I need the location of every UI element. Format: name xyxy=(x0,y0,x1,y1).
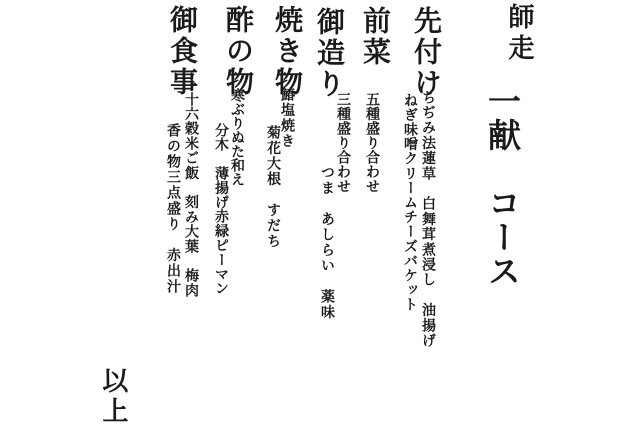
menu-month-title: 師走 xyxy=(506,3,532,65)
section-heading-zensai: 前菜 xyxy=(361,6,389,68)
section-item-otsukuri-1: 三種盛り合わせ xyxy=(336,92,350,194)
section-heading-sakizuke: 先付け xyxy=(412,6,440,99)
menu-course-title: 一献 コース xyxy=(486,84,519,288)
section-heading-sunomono: 酢の物 xyxy=(224,5,252,98)
section-item-zensai-1: 五種盛り合わせ xyxy=(365,92,379,194)
section-item-oshokuji-1: 十六穀米ご飯 刻み大葉 梅肉 xyxy=(184,92,198,298)
section-item-sakizuke-2: ねぎ味噌クリームチーズバケット xyxy=(403,93,417,312)
section-item-yakimono-2: 菊花大根 すだち xyxy=(266,125,280,249)
section-heading-oshokuji: 御食事 xyxy=(168,5,196,98)
section-item-yakimono-1: 鰆塩焼き xyxy=(280,87,294,149)
section-item-sunomono-2: 分木 薄揚げ赤緑ピーマン xyxy=(214,123,228,296)
section-heading-otsukuri: 御造り xyxy=(315,7,343,100)
section-heading-yakimono: 焼き物 xyxy=(273,5,301,98)
menu-closing: 以上 xyxy=(100,367,126,427)
section-item-sunomono-1: 寒ぶりぬた和え xyxy=(230,88,244,186)
section-item-otsukuri-2: つま あしらい 薬味 xyxy=(320,165,334,320)
section-item-oshokuji-2: 香の物三点盛り 赤出汁 xyxy=(166,123,180,295)
kaiseki-course-menu: 師走 一献 コース 先付け ちぢみ法蓮草 白舞茸煮浸し 油揚げ ねぎ味噌クリーム… xyxy=(0,0,640,427)
section-item-sakizuke-1: ちぢみ法蓮草 白舞茸煮浸し 油揚げ xyxy=(421,90,435,348)
